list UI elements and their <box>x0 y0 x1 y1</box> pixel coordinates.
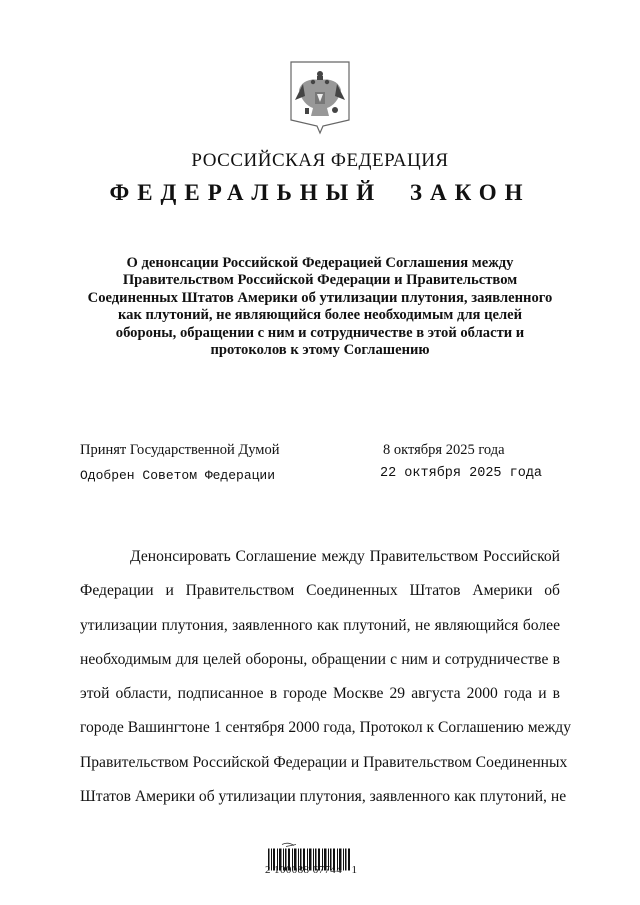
body-line: необходимым для целей обороны, обращении… <box>80 643 560 677</box>
body-line: городе Вашингтоне 1 сентября 2000 года, … <box>80 711 560 745</box>
body-line: утилизации плутония, заявленного как плу… <box>80 609 560 643</box>
body-line: Федерации и Правительством Соединенных Ш… <box>80 574 560 608</box>
body-line: Штатов Америки об утилизации плутония, з… <box>80 780 560 814</box>
adopted-date: 8 октября 2025 года <box>383 442 505 459</box>
subject-line: обороны, обращении с ним и сотрудничеств… <box>70 325 570 342</box>
coat-of-arms-icon <box>289 60 351 136</box>
barcode-number: 2 100088 67744 1 <box>265 864 357 876</box>
country-name: РОССИЙСКАЯ ФЕДЕРАЦИЯ <box>0 150 640 172</box>
approved-by-federation-council-label: Одобрен Советом Федерации <box>80 468 275 483</box>
document-type-title: ФЕДЕРАЛЬНЫЙ ЗАКОН <box>0 180 640 206</box>
body-line: Правительством Российской Федерации и Пр… <box>80 746 560 780</box>
body-line: этой области, подписанное в городе Москв… <box>80 677 560 711</box>
adopted-by-duma-label: Принят Государственной Думой <box>80 442 280 459</box>
subject-line: как плутоний, не являющийся более необхо… <box>70 307 570 324</box>
subject-line: Соединенных Штатов Америки об утилизации… <box>70 290 570 307</box>
approved-date: 22 октября 2025 года <box>380 466 542 481</box>
subject-line: Правительством Российской Федерации и Пр… <box>70 272 570 289</box>
law-subject-title: О денонсации Российской Федерацией Согла… <box>70 255 570 359</box>
body-line: Денонсировать Соглашение между Правитель… <box>80 540 560 574</box>
law-body-text: Денонсировать Соглашение между Правитель… <box>80 540 560 814</box>
subject-line: протоколов к этому Соглашению <box>70 342 570 359</box>
subject-line: О денонсации Российской Федерацией Согла… <box>70 255 570 272</box>
